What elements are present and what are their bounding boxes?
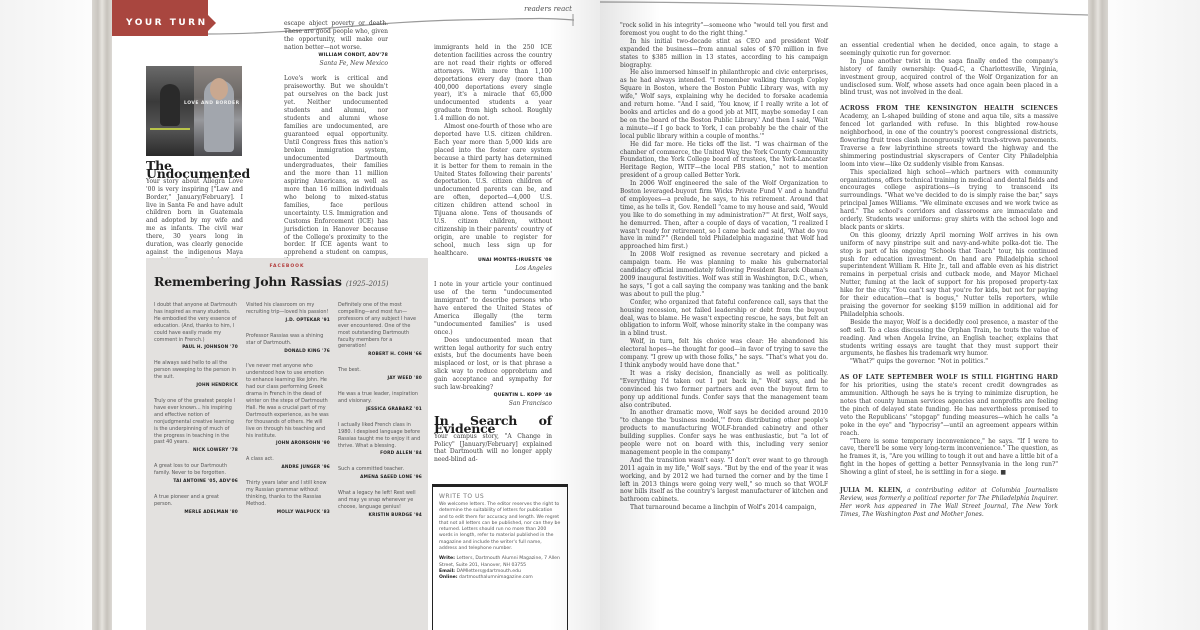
facebook-comment: Such a committed teacher. [338,466,422,473]
evidence-text: Your campus story, "A Change in Policy" … [434,433,552,465]
facebook-label: FACEBOOK [146,264,428,269]
section-lead-in: ACROSS FROM THE KENSINGTON HEALTH SCIENC… [840,105,1058,112]
article-paragraph: On this gloomy, drizzly April morning Wo… [840,232,1058,319]
letter-text: Love's work is critical and praiseworthy… [284,75,388,265]
article-paragraph: In 2006 Wolf engineered the sale of the … [620,180,828,251]
paragraph-text: Academy, an L-shaped building of stone a… [840,113,1058,167]
article-column-2: an essential credential when he decided,… [840,42,1058,519]
right-page: "rock solid in his integrity"—someone wh… [600,0,1088,630]
location: Santa Fe, New Mexico [284,60,388,68]
article-paragraph: He did far more. He ticks off the list. … [620,141,828,181]
article-photo: LOVE AND BORDER [146,66,242,156]
article-paragraph: In his initial two-decade stint as CEO a… [620,38,828,70]
section-lead-in: AS OF LATE SEPTEMBER WOLF IS STILL FIGHT… [840,374,1058,381]
location: Los Angeles [434,265,552,273]
undocumented-column-3: immigrants held in the 250 ICE detention… [434,44,552,464]
commenter-name: J.D. OPTEKAR '91 [246,318,330,325]
article-paragraph: Wolf, in turn, felt his choice was clear… [620,338,828,370]
facebook-years: (1925–2015) [346,280,388,288]
article-paragraph: That turnaround became a linchpin of Wol… [620,504,828,512]
commenter-name: PAUL H. JOHNSON '70 [154,345,238,352]
signature: QUENTIN L. KOPP '49 [434,392,552,400]
online-label: Online: [439,575,458,580]
letter-text: escape abject poverty or death. These ar… [284,20,388,52]
facebook-comment: A true pioneer and a great person. [154,494,238,508]
email-link[interactable]: DAMletters@dartmouth.edu [456,569,520,574]
article-paragraph: "rock solid in his integrity"—someone wh… [620,22,828,38]
commenter-name: JOHN HENDRICK [154,383,238,390]
facebook-column-2: Visited his classroom on my recruiting t… [246,302,330,525]
article-paragraph: "There is some temporary inconvenience,"… [840,438,1058,478]
photo-caption: LOVE AND BORDER [184,101,240,106]
write-to-us-heading: WRITE TO US [439,493,561,500]
article-paragraph: This specialized high school—which partn… [840,169,1058,232]
page-edge-right [1088,0,1108,630]
article-paragraph: He also immersed himself in philanthropi… [620,69,828,140]
article-paragraph: an essential credential when he decided,… [840,42,1058,58]
article-paragraph: It was a risky decision, financially as … [620,370,828,410]
article-column-1: "rock solid in his integrity"—someone wh… [620,22,828,512]
facebook-comments-box: FACEBOOK Remembering John Rassias (1925–… [146,258,428,630]
article-paragraph: In another dramatic move, Wolf says he d… [620,409,828,456]
commenter-name: FORD ALLEN '84 [338,451,422,458]
letter-text: Does undocumented mean that written lega… [434,337,552,392]
letter-text: Almost one-fourth of those who are depor… [434,123,552,257]
page-edge-left [92,0,112,630]
header-rule [208,14,574,36]
facebook-comment: Truly one of the greatest people I have … [154,398,238,446]
commenter-name: MOLLY WALPUCK '83 [246,510,330,517]
commenter-name: NICK LOWERY '78 [154,448,238,455]
headline-evidence: In Search of Evidence [434,417,552,433]
facebook-comment: The best. [338,367,422,374]
article-paragraph: In 2008 Wolf resigned as revenue secreta… [620,251,828,298]
write-to-us-box: WRITE TO US We welcome letters. The edit… [432,484,568,630]
write-to-us-body: We welcome letters. The editor reserves … [439,502,561,552]
commenter-name: JOHN ARONSOHN '90 [246,441,330,448]
commenter-name: DONALD KING '76 [246,349,330,356]
article-paragraph: Confer, who organized that fateful confe… [620,299,828,339]
article-paragraph: And the transition wasn't easy. "I don't… [620,457,828,504]
commenter-name: ANDRE JUNGER '96 [246,465,330,472]
commenter-name: ROBERT H. COHN '66 [338,352,422,359]
location: San Francisco [434,400,552,408]
commenter-name: JESSICA GRABARZ '01 [338,407,422,414]
facebook-comment: I actually liked French class in 1980. I… [338,422,422,450]
facebook-comment: What a legacy he left! Rest well and may… [338,490,422,511]
facebook-column-3: Definitely one of the most compelling—an… [338,302,422,528]
website-link[interactable]: dartmouthalumnimagazine.com [459,575,533,580]
commenter-name: KRISTIN BURDGE '94 [338,513,422,520]
article-paragraph: ACROSS FROM THE KENSINGTON HEALTH SCIENC… [840,105,1058,168]
facebook-comment: I doubt that anyone at Dartmouth has ins… [154,302,238,343]
facebook-comment: Visited his classroom on my recruiting t… [246,302,330,316]
signature: WILLIAM CONDIT, ADV'78 [284,52,388,60]
facebook-comment: Professor Rassias was a shining star of … [246,333,330,347]
header-rule [600,0,1088,20]
write-label: Write: [439,556,455,561]
author-bio: JULIA M. KLEIN, a contributing editor at… [840,487,1058,519]
facebook-title-text: Remembering John Rassias [154,274,342,289]
facebook-comment: A great loss to our Dartmouth family. Ne… [154,463,238,477]
email-label: Email: [439,569,455,574]
headline-undocumented: The Undocumented [146,162,243,178]
letter-text: I note in your article your continued us… [434,281,552,336]
commenter-name: TAI ANTOINE '05, ADV'06 [154,479,238,486]
article-paragraph: AS OF LATE SEPTEMBER WOLF IS STILL FIGHT… [840,374,1058,437]
article-paragraph: In June another twist in the saga finall… [840,58,1058,98]
commenter-name: MERLE ADELMAN '80 [154,510,238,517]
left-page: YOUR TURN readers react LOVE AND BORDER … [112,0,600,630]
letter-text: immigrants held in the 250 ICE detention… [434,44,552,123]
article-paragraph: Beside the mayor, Wolf is a decidedly co… [840,319,1058,359]
article-paragraph: "What?" quips the governor. "Not in poli… [840,358,1058,366]
kicker: readers react [524,5,572,13]
facebook-comment: I've never met anyone who understood how… [246,363,330,439]
mail-address: Letters, Dartmouth Alumni Magazine, 7 Al… [439,556,560,567]
section-tab: YOUR TURN [112,10,208,36]
facebook-comment: A class act. [246,456,330,463]
facebook-comment: Thirty years later and I still know my R… [246,480,330,508]
author-name: JULIA M. KLEIN, [840,487,902,494]
facebook-comment: He was a true leader, inspiration and vi… [338,391,422,405]
paragraph-text: for his priorities, using the state's re… [840,382,1058,436]
facebook-title: Remembering John Rassias (1925–2015) [154,274,388,289]
facebook-comment: Definitely one of the most compelling—an… [338,302,422,350]
commenter-name: JAY WEED '80 [338,376,422,383]
facebook-column-1: I doubt that anyone at Dartmouth has ins… [154,302,238,525]
signature: UNAI MONTES-IRUESTE '08 [434,257,552,265]
facebook-comment: He always said hello to all the person s… [154,360,238,381]
commenter-name: AMENA SAEED LONE '96 [338,475,422,482]
